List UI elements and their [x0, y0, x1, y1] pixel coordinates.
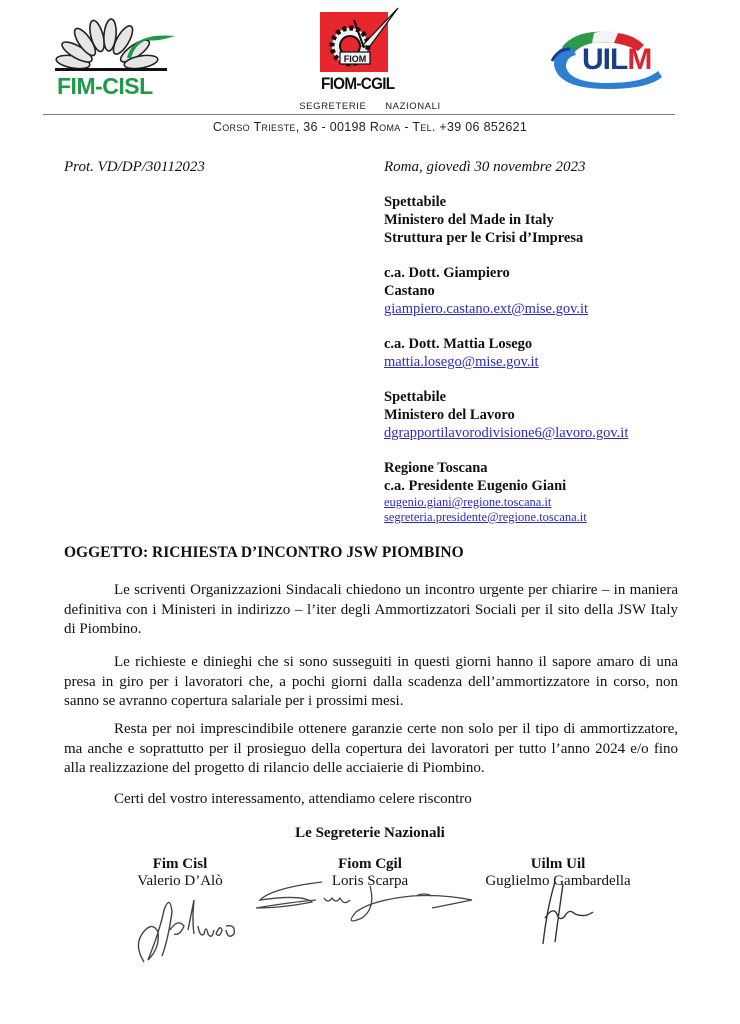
email-link[interactable]: giampiero.castano.ext@mise.gov.it [384, 300, 714, 318]
recipient-losego: c.a. Dott. Mattia Losego mattia.losego@m… [384, 335, 714, 371]
uilm-wordmark-uil: UIL [582, 43, 627, 76]
body-paragraph: Certi del vostro interessamento, attendi… [64, 790, 678, 810]
recipient-line: Regione Toscana [384, 459, 714, 477]
fim-cisl-logo: FIM-CISL [55, 18, 180, 96]
recipient-mimit: Spettabile Ministero del Made in Italy S… [384, 193, 714, 247]
signatory-org: Uilm Uil [458, 856, 658, 873]
signatory-org: Fim Cisl [80, 856, 280, 873]
email-link[interactable]: dgrapportilavorodivisione6@lavoro.gov.it [384, 424, 714, 442]
fim-cisl-wordmark: FIM-CISL [57, 73, 153, 100]
signature-dalo-icon [130, 890, 250, 970]
recipients-block: Spettabile Ministero del Made in Italy S… [384, 193, 714, 542]
signature-scarpa-icon [252, 878, 482, 933]
recipient-line: Ministero del Lavoro [384, 406, 714, 424]
recipient-line: c.a. Dott. Giampiero [384, 264, 714, 282]
recipient-line: Ministero del Made in Italy [384, 211, 714, 229]
recipient-line: c.a. Dott. Mattia Losego [384, 335, 714, 353]
fiom-badge-text: FIOM [344, 54, 367, 64]
fiom-cgil-wordmark: FIOM-CGIL [321, 74, 394, 94]
closing-line: Le Segreterie Nazionali [0, 825, 740, 842]
letter-subject: OGGETTO: RICHIESTA D’INCONTRO JSW PIOMBI… [64, 544, 464, 562]
place-date: Roma, giovedì 30 novembre 2023 [384, 159, 585, 176]
signatory-org: Fiom Cgil [270, 856, 470, 873]
recipient-line: Struttura per le Crisi d’Impresa [384, 229, 714, 247]
letterhead-address: Corso Trieste, 36 - 00198 Roma - Tel. +3… [0, 120, 740, 134]
signatory-name: Valerio D’Alò [80, 873, 280, 890]
recipient-line: Spettabile [384, 193, 714, 211]
recipient-line: Castano [384, 282, 714, 300]
signature-gambardella-icon [535, 878, 605, 948]
recipient-castano: c.a. Dott. Giampiero Castano giampiero.c… [384, 264, 714, 318]
recipient-line: c.a. Presidente Eugenio Giani [384, 477, 714, 495]
recipient-line: Spettabile [384, 388, 714, 406]
body-paragraph: Le richieste e dinieghi che si sono suss… [64, 653, 678, 712]
body-paragraph: Resta per noi imprescindibile ottenere g… [64, 720, 678, 779]
daisy-icon [55, 18, 180, 76]
letterhead-divider [43, 114, 675, 115]
body-paragraph: Le scriventi Organizzazioni Sindacali ch… [64, 581, 678, 640]
signatory-fim: Fim Cisl Valerio D’Alò [80, 856, 280, 890]
email-link[interactable]: eugenio.giani@regione.toscana.it [384, 495, 714, 510]
uilm-wordmark: UILM [582, 43, 651, 77]
uilm-wordmark-m: M [627, 43, 651, 76]
fiom-cgil-logo: FIOM FIOM-CGIL [318, 6, 403, 94]
recipient-lavoro: Spettabile Ministero del Lavoro dgrappor… [384, 388, 714, 442]
recipient-toscana: Regione Toscana c.a. Presidente Eugenio … [384, 459, 714, 525]
letterhead-subtitle: SEGRETERIE NAZIONALI [0, 101, 740, 112]
uilm-logo: UILM [548, 25, 673, 90]
email-link[interactable]: segreteria.presidente@regione.toscana.it [384, 510, 714, 525]
gear-quill-icon: FIOM [318, 6, 403, 74]
protocol-number: Prot. VD/DP/30112023 [64, 159, 205, 176]
email-link[interactable]: mattia.losego@mise.gov.it [384, 353, 714, 371]
